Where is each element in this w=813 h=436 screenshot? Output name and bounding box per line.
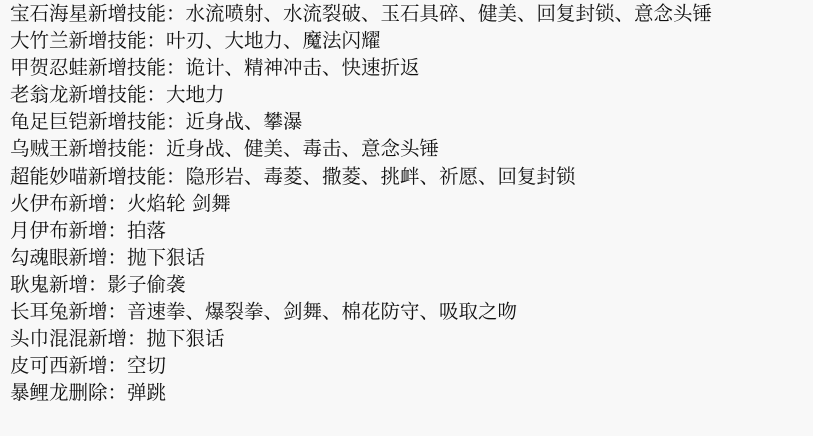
- action-label: 新增: [69, 246, 108, 269]
- action-label: 删除: [69, 381, 108, 404]
- pokemon-name: 头巾混混: [10, 327, 88, 350]
- separator: ：: [108, 381, 128, 404]
- move-list: 隐形岩、毒菱、撒菱、挑衅、祈愿、回复封锁: [186, 165, 576, 188]
- separator: ：: [147, 83, 167, 106]
- action-label: 新增: [69, 354, 108, 377]
- action-label: 新增: [69, 219, 108, 242]
- pokemon-name: 耿鬼: [10, 273, 49, 296]
- move-list: 叶刃、大地力、魔法闪耀: [166, 29, 381, 52]
- line-greninja: 甲贺忍蛙新增技能：诡计、精神冲击、快速折返: [10, 54, 810, 81]
- line-starmie: 宝石海星新增技能：水流喷射、水流裂破、玉石具碎、健美、回复封锁、意念头锤: [10, 0, 810, 27]
- separator: ：: [147, 29, 167, 52]
- pokemon-name: 老翁龙: [10, 83, 69, 106]
- line-drampa: 老翁龙新增技能：大地力: [10, 81, 810, 108]
- pokemon-name: 暴鲤龙: [10, 381, 69, 404]
- move-list: 抛下狠话: [147, 327, 225, 350]
- separator: ：: [108, 192, 128, 215]
- separator: ：: [166, 165, 186, 188]
- move-list: 拍落: [127, 219, 166, 242]
- action-label: 新增技能: [88, 110, 166, 133]
- move-list: 影子偷袭: [108, 273, 186, 296]
- line-scrafty: 头巾混混新增：抛下狠话: [10, 325, 810, 352]
- move-list: 近身战、健美、毒击、意念头锤: [166, 137, 439, 160]
- pokemon-name: 大竹兰: [10, 29, 69, 52]
- pokemon-name: 超能妙喵: [10, 165, 88, 188]
- pokemon-name: 宝石海星: [10, 2, 88, 25]
- pokemon-name: 火伊布: [10, 192, 69, 215]
- action-label: 新增: [69, 300, 108, 323]
- separator: ：: [108, 354, 128, 377]
- move-list: 近身战、攀瀑: [186, 110, 303, 133]
- pokemon-name: 龟足巨铠: [10, 110, 88, 133]
- line-flareon: 火伊布新增：火焰轮 剑舞: [10, 190, 810, 217]
- move-change-list: 宝石海星新增技能：水流喷射、水流裂破、玉石具碎、健美、回复封锁、意念头锤 大竹兰…: [10, 0, 810, 406]
- pokemon-name: 勾魂眼: [10, 246, 69, 269]
- separator: ：: [147, 137, 167, 160]
- action-label: 新增技能: [88, 165, 166, 188]
- separator: ：: [166, 2, 186, 25]
- line-clefable: 皮可西新增：空切: [10, 352, 810, 379]
- pokemon-name: 长耳兔: [10, 300, 69, 323]
- action-label: 新增技能: [69, 83, 147, 106]
- move-list: 音速拳、爆裂拳、剑舞、棉花防守、吸取之吻: [127, 300, 517, 323]
- move-list: 诡计、精神冲击、快速折返: [186, 56, 420, 79]
- line-umbreon: 月伊布新增：拍落: [10, 217, 810, 244]
- action-label: 新增: [69, 192, 108, 215]
- action-label: 新增技能: [69, 29, 147, 52]
- separator: ：: [108, 219, 128, 242]
- separator: ：: [166, 110, 186, 133]
- separator: ：: [166, 56, 186, 79]
- pokemon-name: 皮可西: [10, 354, 69, 377]
- line-sableye: 勾魂眼新增：抛下狠话: [10, 244, 810, 271]
- line-meowstic: 超能妙喵新增技能：隐形岩、毒菱、撒菱、挑衅、祈愿、回复封锁: [10, 163, 810, 190]
- separator: ：: [108, 246, 128, 269]
- action-label: 新增: [49, 273, 88, 296]
- line-barbaracle: 龟足巨铠新增技能：近身战、攀瀑: [10, 108, 810, 135]
- action-label: 新增技能: [88, 56, 166, 79]
- pokemon-name: 乌贼王: [10, 137, 69, 160]
- pokemon-name: 月伊布: [10, 219, 69, 242]
- line-lopunny: 长耳兔新增：音速拳、爆裂拳、剑舞、棉花防守、吸取之吻: [10, 298, 810, 325]
- move-list: 抛下狠话: [127, 246, 205, 269]
- move-list: 大地力: [166, 83, 225, 106]
- separator: ：: [88, 273, 108, 296]
- separator: ：: [127, 327, 147, 350]
- move-list: 火焰轮 剑舞: [127, 192, 231, 215]
- action-label: 新增技能: [69, 137, 147, 160]
- move-list: 弹跳: [127, 381, 166, 404]
- move-list: 水流喷射、水流裂破、玉石具碎、健美、回复封锁、意念头锤: [186, 2, 713, 25]
- line-gyarados: 暴鲤龙删除：弹跳: [10, 379, 810, 406]
- pokemon-name: 甲贺忍蛙: [10, 56, 88, 79]
- line-malamar: 乌贼王新增技能：近身战、健美、毒击、意念头锤: [10, 135, 810, 162]
- line-gengar: 耿鬼新增：影子偷袭: [10, 271, 810, 298]
- action-label: 新增技能: [88, 2, 166, 25]
- action-label: 新增: [88, 327, 127, 350]
- separator: ：: [108, 300, 128, 323]
- move-list: 空切: [127, 354, 166, 377]
- line-decidueye: 大竹兰新增技能：叶刃、大地力、魔法闪耀: [10, 27, 810, 54]
